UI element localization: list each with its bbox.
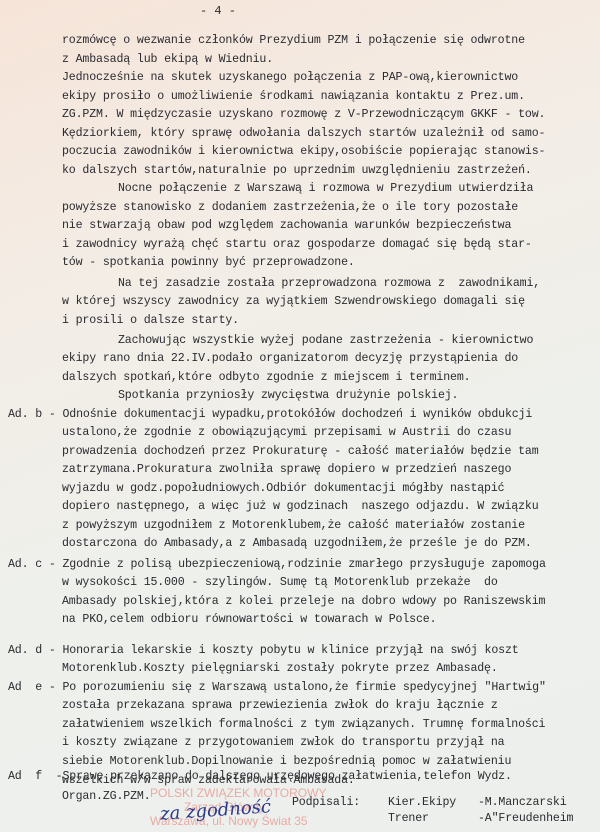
text-line: i zawodnicy wyrażą chęć startu oraz gosp…	[62, 238, 532, 252]
text-line: prowadzenia dochodzeń przez Prokuraturę …	[62, 445, 539, 459]
text-line: Na tej zasadzie została przeprowadzona r…	[118, 277, 540, 291]
text-line: Ad e - Po porozumieniu się z Warszawą us…	[8, 681, 546, 695]
ad-f-line: Ad f -Sprawę przekazano do dalszego urzę…	[8, 770, 512, 784]
name-1: -M.Manczarski	[478, 796, 567, 810]
text-line: ekipy prosiło o umożliwienie środkami na…	[62, 90, 525, 104]
text-line: Spotkania przyniosły zwycięstwa drużynie…	[118, 389, 458, 403]
text-line: nie stwarzają obaw pod względem zachowan…	[62, 219, 511, 233]
role-1: Kier.Ekipy	[388, 796, 456, 810]
text-line: powyższe stanowisko z dodaniem zastrzeże…	[62, 201, 518, 215]
text-line: dostarczona do Ambasady,a z Ambasadą uzg…	[62, 537, 532, 551]
text-line: Zachowując wszystkie wyżej podane zastrz…	[118, 334, 533, 348]
text-line: w wysokości 15.000 - szylingów. Sumę tą …	[62, 576, 498, 590]
text-line: wyjazdu w godz.popołudniowych.Odbiór dok…	[62, 482, 504, 496]
text-line: siebie Motorenklub.Dopilnowanie i bezpoś…	[62, 755, 511, 769]
role-2: Trener	[388, 812, 429, 826]
text-line: tów - spotkania powinny być przeprowadzo…	[62, 256, 355, 270]
text-line: ZG.PZM. W międzyczasie uzyskano rozmowę …	[62, 108, 545, 122]
text-line: na PKO,celem odbioru równowartości w tow…	[62, 613, 436, 627]
text-line: i koszty związane z przygotowaniem zwłok…	[62, 736, 504, 750]
name-2: -A"Freudenheim	[478, 812, 573, 826]
text-line: została przekazana sprawa przewiezienia …	[62, 699, 498, 713]
text-line: Nocne połączenie z Warszawą i rozmowa w …	[118, 182, 533, 196]
text-line: zatrzymana.Prokuratura zwolniła sprawę d…	[62, 463, 511, 477]
text-line: dopiero następnego, a więc już w godzina…	[62, 500, 539, 514]
text-line: poczucia zawodników i kierownictwa ekipy…	[62, 145, 545, 159]
text-line: Kędziorkiem, który sprawę odwołania dals…	[62, 127, 545, 141]
text-line: Ad. b - Odnośnie dokumentacji wypadku,pr…	[8, 408, 532, 422]
text-line: Motorenklub.Koszty pielęgniarski zostały…	[62, 662, 498, 676]
text-line: z Ambasadą lub ekipą w Wiedniu.	[62, 53, 273, 67]
text-line: ko dalszych startów,naturalnie po uprzed…	[62, 164, 532, 178]
text-line: w której wszyscy zawodnicy za wyjątkiem …	[62, 295, 525, 309]
page-number: - 4 -	[200, 4, 236, 18]
text-line: rozmówcę o wezwanie członków Prezydium P…	[62, 34, 525, 48]
text-line: i prosili o dalsze starty.	[62, 314, 239, 328]
document-page: - 4 - rozmówcę o wezwanie członków Prezy…	[0, 0, 600, 832]
text-line: dalszych spotkań,które odbyto zgodnie z …	[62, 371, 470, 385]
text-line: Jednocześnie na skutek uzyskanego połącz…	[62, 71, 518, 85]
text-line: ekipy rano dnia 22.IV.podało organizator…	[62, 352, 518, 366]
text-line: Ambasady polskiej,która z kolei przeleje…	[62, 595, 545, 609]
organ-line: Organ.ZG.PZM.	[62, 790, 151, 804]
text-line: ustalono,że zgodnie z obowiązującymi prz…	[62, 426, 511, 440]
text-line: załatwieniem wszelkich formalności z tym…	[62, 718, 545, 732]
text-line: z powyższym uzgodniłem z Motorenklubem,ż…	[62, 519, 525, 533]
text-line: Ad. d - Honoraria lekarskie i koszty pob…	[8, 644, 519, 658]
text-line: Ad. c - Zgodnie z polisą ubezpieczeniową…	[8, 558, 546, 572]
signed-label: Podpisali:	[292, 796, 360, 810]
